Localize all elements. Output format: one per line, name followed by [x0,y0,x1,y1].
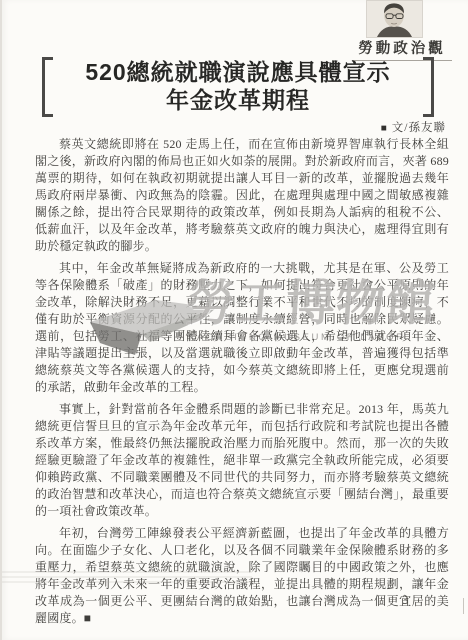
article-body: 蔡英文總統即將在 520 走馬上任，而在宣佈由新境界智庫執行長林全組閣之後，新政… [35,136,449,632]
byline-square-icon: ■ [381,123,388,134]
title-line-1: 520總統就職演說應具體宣示 [53,58,423,86]
columnist-portrait-photo [366,0,423,38]
article-title: 520總統就職演說應具體宣示 年金改革期程 [42,57,434,117]
article-paragraph: 事實上，針對當前各年金體系問題的診斷已非常充足。2013 年，馬英九總統更信誓旦… [35,401,449,520]
article-paragraph: 蔡英文總統即將在 520 走馬上任，而在宣佈由新境界智庫執行長林全組閣之後，新政… [35,136,449,255]
portrait-image [367,1,422,37]
title-line-2: 年金改革期程 [53,86,423,114]
scan-artifact [463,598,464,614]
magazine-page: 勞動政治觀 520總統就職演說應具體宣示 年金改革期程 ■文/孫友聯 蔡英文總統… [0,0,468,640]
author-name: 文/孫友聯 [392,122,446,134]
title-bracket-left-icon [42,57,53,117]
page-number: 3 [402,592,409,608]
scan-artifact [2,571,252,583]
title-bracket-right-icon [423,57,434,117]
article-paragraph: 其中，年金改革無疑將成為新政府的一大挑戰，尤其是在軍、公及勞工等各保險體系「破產… [35,260,449,396]
author-byline: ■文/孫友聯 [381,119,446,135]
